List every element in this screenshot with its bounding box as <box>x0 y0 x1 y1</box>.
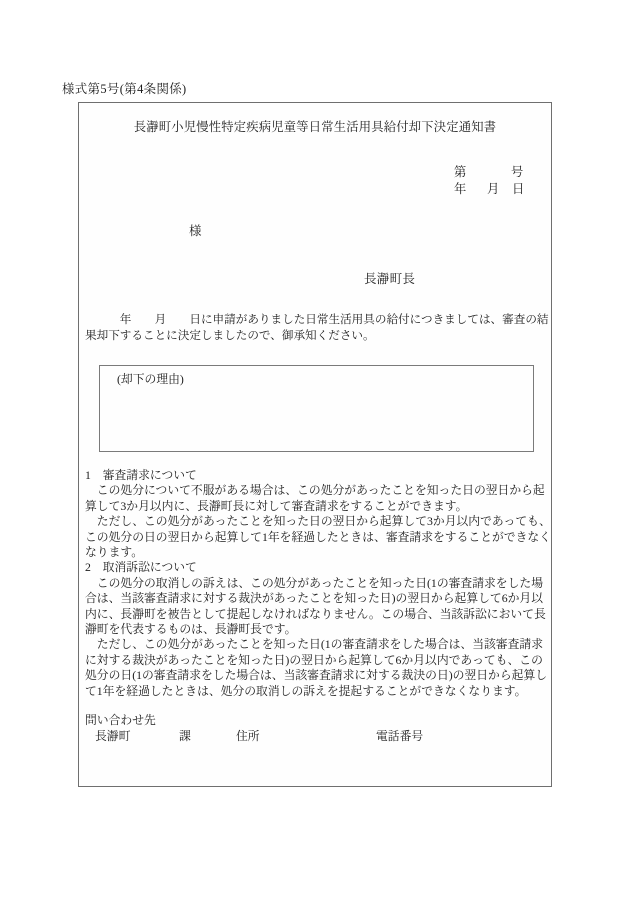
rejection-reason-box: (却下の理由) <box>99 365 534 452</box>
date-year-label: 年 <box>454 183 466 196</box>
lawsuit-section-heading: 2 取消訴訟について <box>85 560 547 575</box>
contact-row: 長瀞町 課 住所 電話番号 <box>79 729 551 745</box>
appeal-section-heading: 1 審査請求について <box>85 468 547 483</box>
contact-phone-label: 電話番号 <box>376 729 423 744</box>
contact-heading: 問い合わせ先 <box>85 713 156 728</box>
rejection-reason-label: (却下の理由) <box>117 372 184 386</box>
lawsuit-section-body: この処分の取消しの訴えは、この処分があったことを知った日(1の審査請求をした場 … <box>85 576 547 699</box>
contact-town-label: 長瀞町 <box>95 729 130 744</box>
document-title: 長瀞町小児慢性特定疾病児童等日常生活用具給付却下決定通知書 <box>79 120 551 134</box>
contact-section-label: 課 <box>179 729 191 744</box>
doc-number-prefix: 第 <box>454 166 466 179</box>
form-style-label: 様式第5号(第4条関係) <box>62 83 187 96</box>
appeal-section-body: この処分について不服がある場合は、この処分があったことを知った日の翌日から起 算… <box>85 483 547 560</box>
intro-paragraph: 年 月 日に申請がありました日常生活用具の給付につきましては、審査の結 果却下す… <box>85 312 547 343</box>
document-page: 様式第5号(第4条関係) 長瀞町小児慢性特定疾病児童等日常生活用具給付却下決定通… <box>0 0 630 903</box>
contact-address-label: 住所 <box>236 729 260 744</box>
date-month-label: 月 <box>487 183 499 196</box>
addressee-honorific: 様 <box>189 224 202 238</box>
legal-notes: 1 審査請求について この処分について不服がある場合は、この処分があったことを知… <box>85 468 547 699</box>
date-day-label: 日 <box>512 183 524 196</box>
sender-title: 長瀞町長 <box>364 272 415 286</box>
document-frame: 長瀞町小児慢性特定疾病児童等日常生活用具給付却下決定通知書 第 号 年 月 日 … <box>78 102 552 787</box>
doc-number-suffix: 号 <box>511 166 523 179</box>
